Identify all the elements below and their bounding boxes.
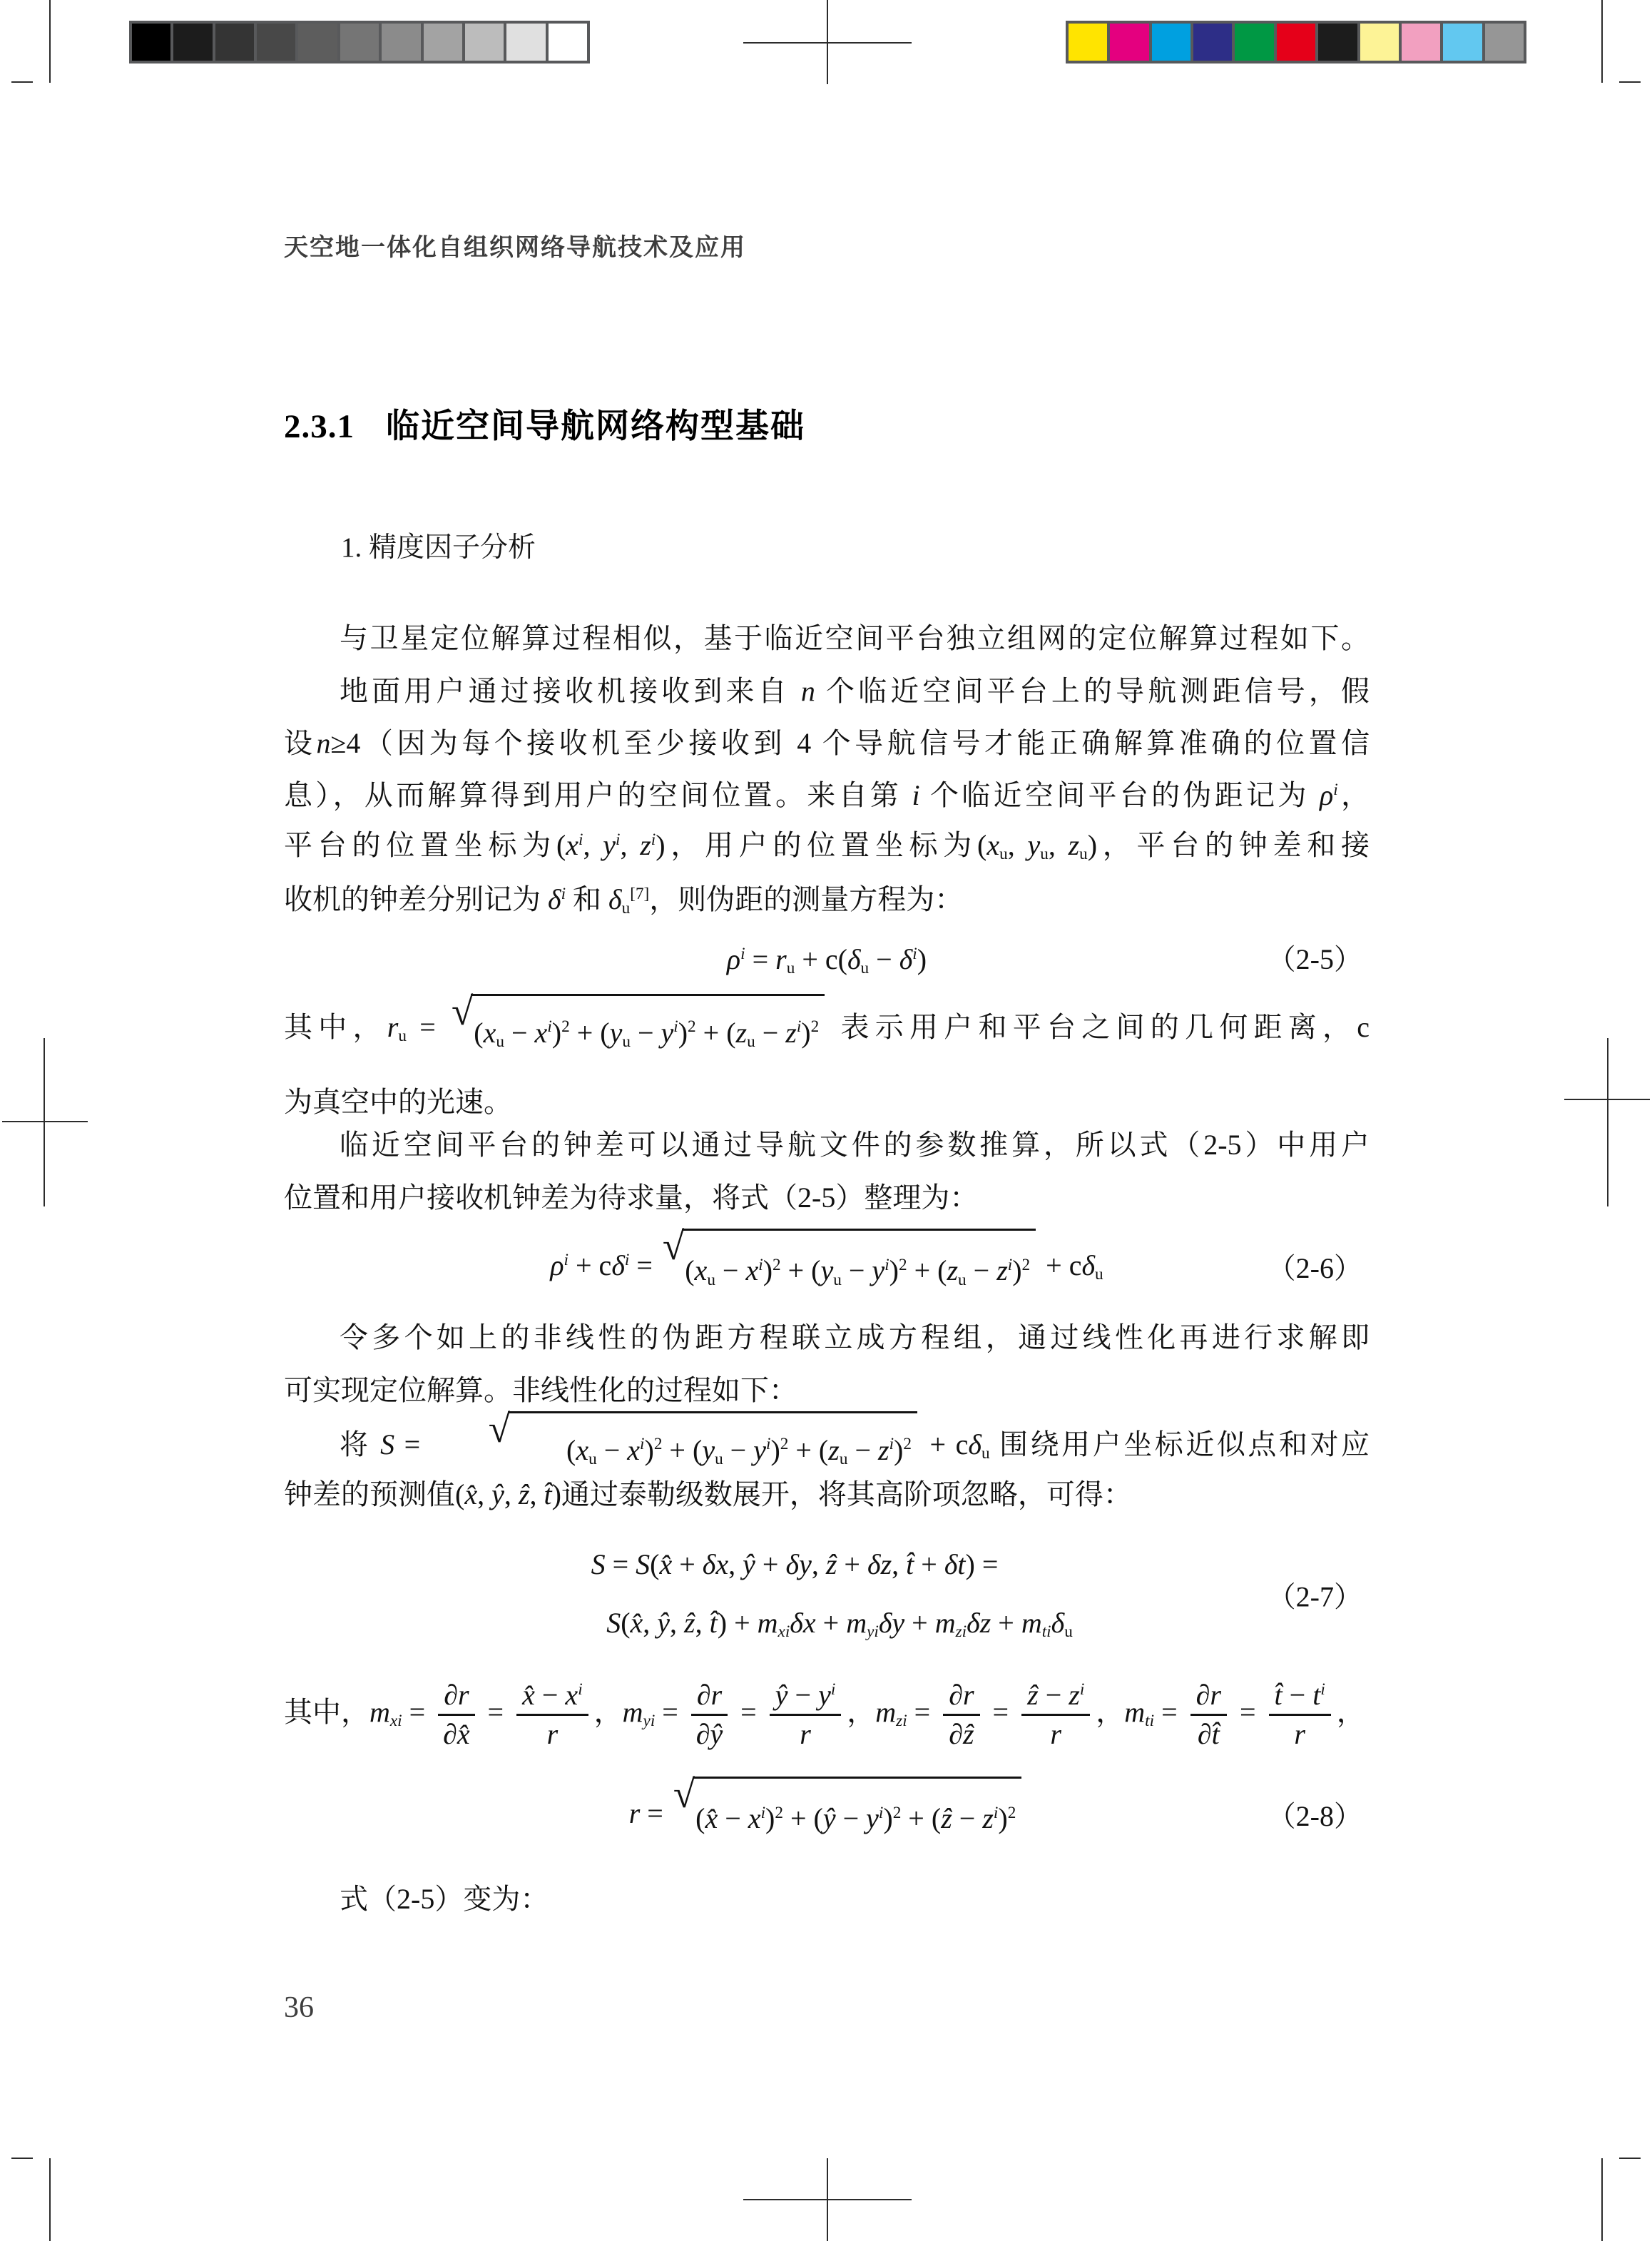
section-heading: 2.3.1临近空间导航网络构型基础 — [284, 404, 805, 449]
calibration-swatch — [382, 24, 420, 61]
crop-mark-bottom-left-h — [11, 2158, 33, 2159]
crop-mark-bottom-right-v — [1601, 2158, 1603, 2241]
calibration-swatch — [424, 24, 462, 61]
formula: S = S(x̂ + δx, ŷ + δy, ẑ + δz, t̂ + δt) … — [252, 1535, 1337, 1594]
paragraph-line: 式（2-5）变为： — [284, 1873, 1370, 1925]
paragraph-line: 息），从而解算得到用户的空间位置。来自第 i 个临近空间平台的伪距记为 ρi， — [284, 769, 1370, 821]
crop-mark-top-left-v — [49, 0, 51, 83]
formula: ρi + cδi = √(xu − xi)2 + (yu − yi)2 + (z… — [550, 1249, 1103, 1281]
paragraph-line: 地面用户通过接收机接收到来自 n 个临近空间平台上的导航测距信号，假 — [284, 665, 1370, 717]
formula: r = √(x̂ − xi)2 + (ŷ − yi)2 + (ẑ − zi)2 — [629, 1797, 1025, 1829]
paragraph-line: 钟差的预测值(x̂, ŷ, ẑ, t̂)通过泰勒级数展开，将其高阶项忽略，可得： — [284, 1468, 1370, 1520]
paragraph-line: 平台的位置坐标为(xi, yi, zi)，用户的位置坐标为(xu, yu, zu… — [284, 819, 1370, 871]
paragraph-line: 设n≥4（因为每个接收机至少接收到 4 个导航信号才能正确解算准确的位置信 — [284, 717, 1370, 769]
paragraph-line: 令多个如上的非线性的伪距方程联立成方程组，通过线性化再进行求解即 — [284, 1311, 1370, 1363]
crop-mark-left-middle-v — [44, 1038, 45, 1206]
crop-mark-right-middle-v — [1607, 1038, 1608, 1206]
crop-mark-bottom-left-v — [49, 2158, 51, 2241]
paragraph-line: 与卫星定位解算过程相似，基于临近空间平台独立组网的定位解算过程如下。 — [284, 612, 1370, 664]
paragraph-line: 其中，ru = √(xu − xi)2 + (yu − yi)2 + (zu −… — [284, 993, 1370, 1067]
calibration-swatch — [1110, 24, 1148, 61]
calibration-swatch — [465, 24, 504, 61]
calibration-swatch — [1485, 24, 1524, 61]
calibration-swatch — [1360, 24, 1399, 61]
paragraph-line: 收机的钟差分别记为 δi 和 δu[7]，则伪距的测量方程为： — [284, 873, 1370, 925]
equation-2-7: S = S(x̂ + δx, ŷ + δy, ẑ + δz, t̂ + δt) … — [284, 1535, 1370, 1654]
list-heading: 1. 精度因子分析 — [341, 528, 536, 568]
crop-mark-left-middle-h — [2, 1121, 88, 1122]
calibration-swatch — [1277, 24, 1315, 61]
calibration-swatch — [132, 24, 170, 61]
calibration-swatch — [1318, 24, 1357, 61]
calibration-swatch — [215, 24, 254, 61]
calibration-swatch — [1152, 24, 1190, 61]
equation-2-8: r = √(x̂ − xi)2 + (ŷ − yi)2 + (ẑ − zi)2 … — [284, 1777, 1370, 1856]
calibration-swatch — [298, 24, 337, 61]
equation-label-2-6: （2-6） — [1268, 1231, 1362, 1306]
calibration-swatch — [506, 24, 545, 61]
equation-label-2-8: （2-8） — [1268, 1779, 1362, 1854]
crop-mark-top-left-h — [11, 81, 33, 83]
calibration-swatch — [257, 24, 295, 61]
paragraph-line: 位置和用户接收机钟差为待求量，将式（2-5）整理为： — [284, 1172, 1370, 1224]
equation-label-2-7: （2-7） — [1268, 1575, 1362, 1615]
crop-mark-bottom-center-h — [743, 2199, 912, 2200]
section-number: 2.3.1 — [284, 408, 355, 445]
calibration-swatch — [1402, 24, 1440, 61]
crop-mark-bottom-right-h — [1619, 2158, 1641, 2159]
color-calibration-bar — [1066, 21, 1526, 63]
formula: ρi = ru + c(δu − δi) — [727, 943, 927, 975]
running-head: 天空地一体化自组织网络导航技术及应用 — [284, 233, 746, 264]
equation-label-2-5: （2-5） — [1268, 930, 1362, 990]
page-number: 36 — [284, 1991, 314, 2025]
paragraph-line: 可实现定位解算。非线性化的过程如下： — [284, 1364, 1370, 1416]
equation-2-6: ρi + cδi = √(xu − xi)2 + (yu − yi)2 + (z… — [284, 1229, 1370, 1308]
paragraph-line: 临近空间平台的钟差可以通过导航文件的参数推算，所以式（2-5）中用户 — [284, 1119, 1370, 1171]
calibration-swatch — [173, 24, 212, 61]
calibration-swatch — [1193, 24, 1232, 61]
calibration-swatch — [1069, 24, 1107, 61]
crop-mark-top-right-v — [1601, 0, 1603, 83]
crop-mark-right-middle-h — [1564, 1099, 1650, 1100]
calibration-swatch — [340, 24, 379, 61]
grayscale-calibration-bar — [129, 21, 590, 63]
crop-mark-top-right-h — [1619, 81, 1641, 83]
crop-mark-top-center-h — [743, 42, 912, 44]
paragraph-line: 其中，mxi = ∂r∂x̂ = x̂ − xir，myi = ∂r∂ŷ = ŷ… — [284, 1670, 1370, 1755]
formula: S(x̂, ŷ, ẑ, t̂) + mxiδx + myiδy + mziδz … — [297, 1594, 1382, 1652]
calibration-swatch — [1443, 24, 1482, 61]
book-page: 天空地一体化自组织网络导航技术及应用 2.3.1临近空间导航网络构型基础 1. … — [0, 0, 1652, 2241]
calibration-swatch — [1235, 24, 1273, 61]
section-title: 临近空间导航网络构型基础 — [386, 408, 805, 445]
equation-2-5: ρi = ru + c(δu − δi) （2-5） — [284, 930, 1370, 990]
calibration-swatch — [549, 24, 587, 61]
